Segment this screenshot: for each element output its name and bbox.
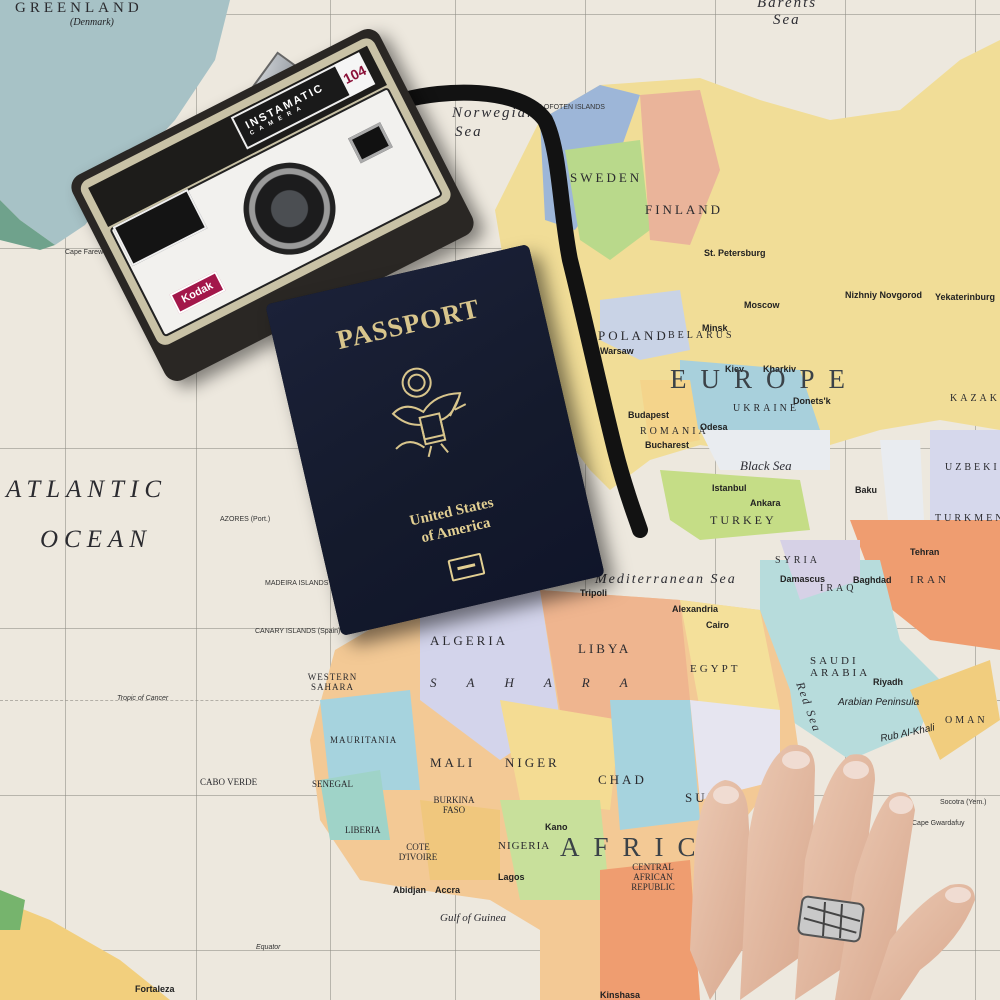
silver-ring-icon [798,896,865,942]
photo-scene: GREENLAND (Denmark) Cape Farewell Barent… [0,0,1000,1000]
hand [620,700,1000,1000]
